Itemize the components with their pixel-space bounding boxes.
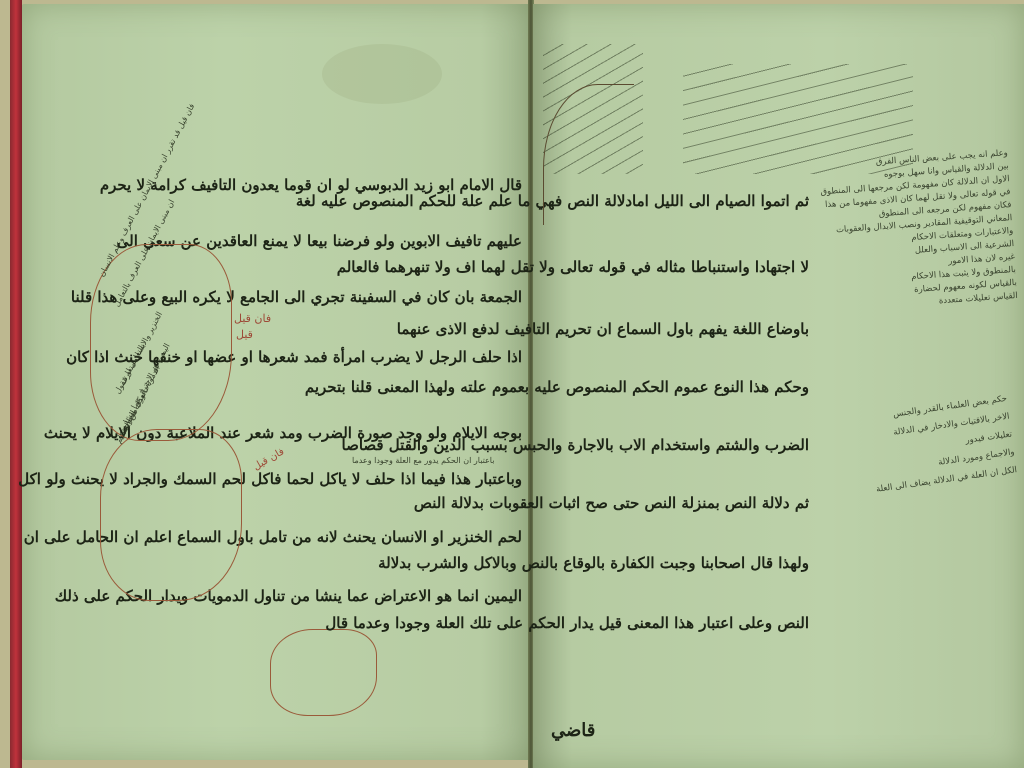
- rubric-note: قيل: [236, 328, 253, 341]
- gloss-outline: [90, 244, 232, 441]
- right-page: ثم اتموا الصيام الى الليل امادلالة النص …: [533, 4, 1024, 768]
- main-text-line: ثم دلالة النص بمنزلة النص حتى صح اثبات ا…: [414, 494, 809, 512]
- marginal-note: باعتبار ان الحكم يدور مع العلة وجودا وعد…: [352, 456, 494, 465]
- main-text-line: وحكم هذا النوع عموم الحكم المنصوص عليه ب…: [305, 378, 809, 396]
- main-text-line: ولهذا قال اصحابنا وجبت الكفارة بالوقاع ب…: [378, 554, 809, 572]
- marginalia-block: [683, 64, 913, 174]
- gloss-outline: [100, 429, 242, 601]
- main-text-line: لا اجتهادا واستنباطا مثاله في قوله تعالى…: [337, 258, 809, 276]
- catchword: قاضي: [551, 720, 595, 741]
- paper-stain: [322, 44, 442, 104]
- open-book: قال الامام ابو زيد الدبوسي لو ان قوما يع…: [0, 0, 1024, 768]
- gloss-outline: [270, 629, 377, 716]
- main-text-line: النص وعلى اعتبار هذا المعنى قيل يدار الح…: [325, 614, 809, 632]
- main-text-line: باوضاع اللغة يفهم باول السماع ان تحريم ا…: [397, 320, 809, 338]
- commentary-column-lower: حكم بعض العلماء بالقدر والجنس الاخر بالا…: [798, 390, 1018, 508]
- red-binding-edge: [10, 0, 22, 768]
- rubric-note: فان قيل: [252, 446, 287, 472]
- main-text-line: وباعتبار هذا فيما اذا حلف لا ياكل لحما ف…: [18, 470, 522, 488]
- main-text-line: لحم الخنزير او الانسان يحنث لانه من تامل…: [24, 528, 522, 546]
- main-text-line: الضرب والشتم واستخدام الاب بالاجارة والح…: [342, 436, 809, 454]
- rubric-note: فان قيل: [234, 312, 271, 325]
